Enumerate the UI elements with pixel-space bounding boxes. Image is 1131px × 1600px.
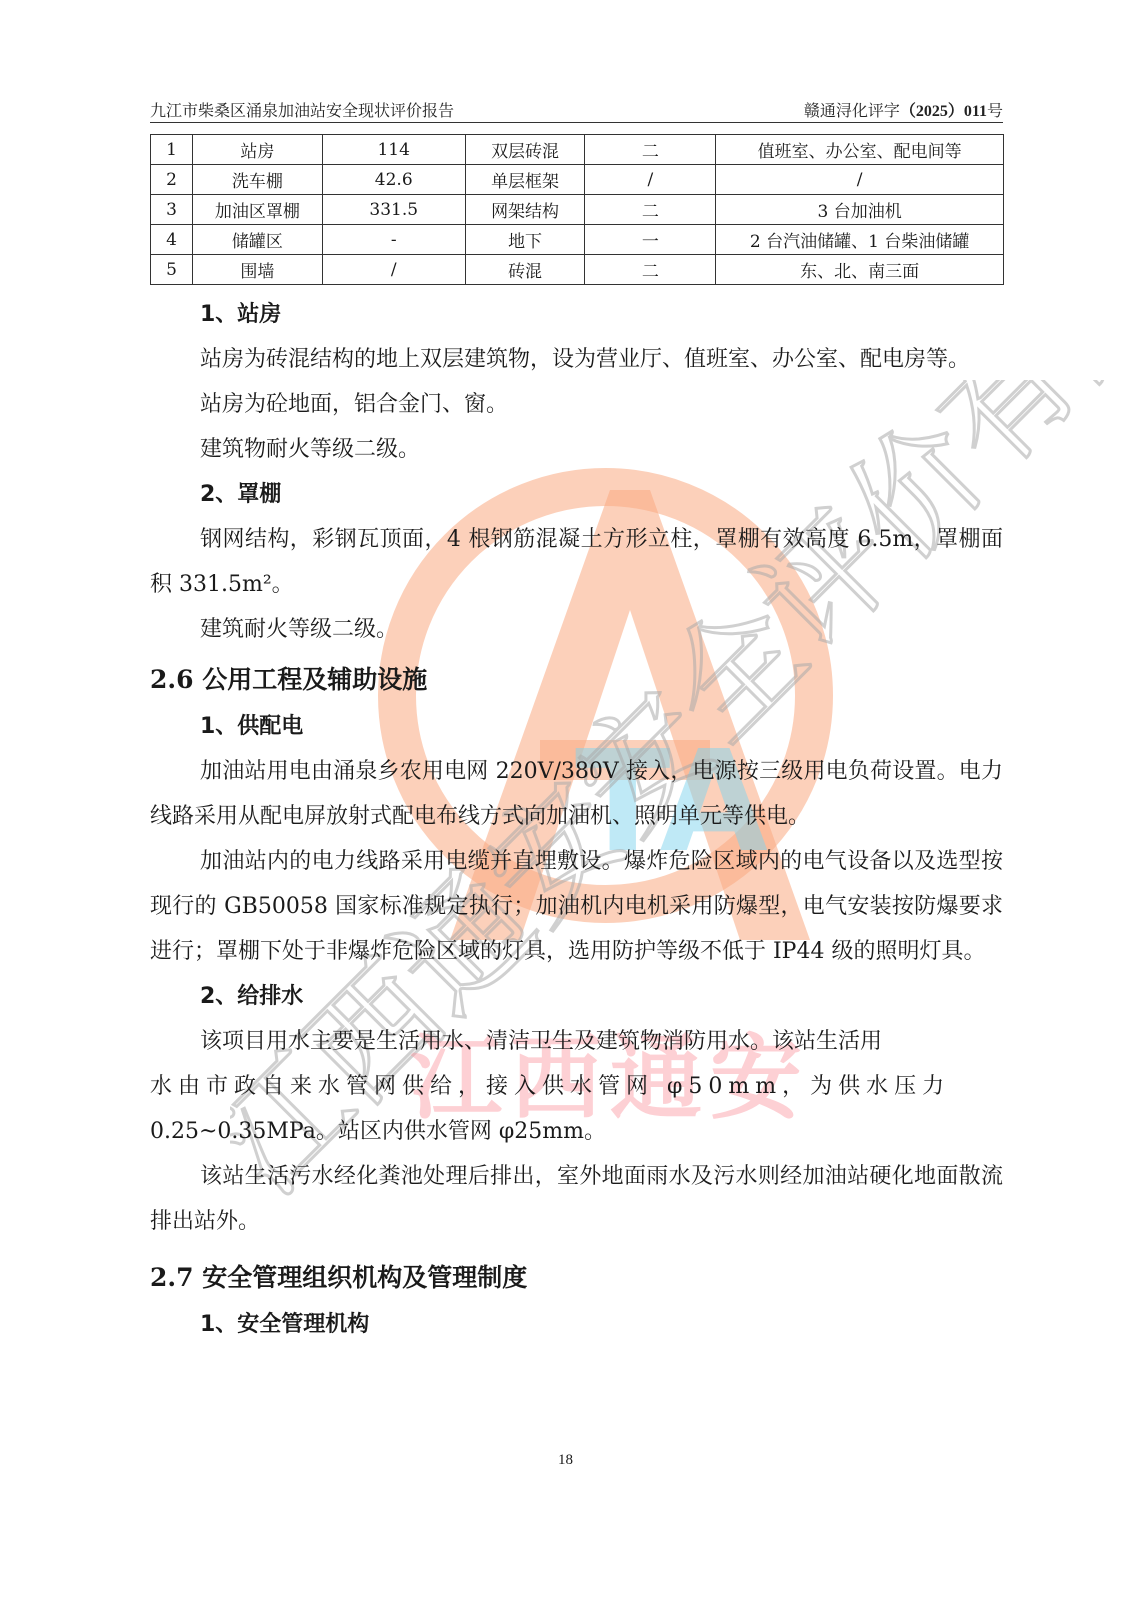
cell-fire-rating: 一 <box>585 225 716 255</box>
cell-name: 站房 <box>192 135 322 165</box>
cell-remark: / <box>716 165 1004 195</box>
cell-no: 5 <box>151 255 193 285</box>
cell-remark: 值班室、办公室、配电间等 <box>716 135 1004 165</box>
table-row: 4 储罐区 - 地下 一 2 台汽油储罐、1 台柴油储罐 <box>151 225 1004 255</box>
cell-structure: 单层框架 <box>465 165 585 195</box>
cell-structure: 双层砖混 <box>465 135 585 165</box>
cell-area: - <box>322 225 465 255</box>
cell-fire-rating: 二 <box>585 195 716 225</box>
cell-area: 331.5 <box>322 195 465 225</box>
cell-area: / <box>322 255 465 285</box>
paragraph: 加油站用电由涌泉乡农用电网 220V/380V 接入，电源按三级用电负荷设置。电… <box>150 749 1003 839</box>
cell-no: 4 <box>151 225 193 255</box>
paragraph: 建筑耐火等级二级。 <box>150 607 1003 652</box>
facility-table: 1 站房 114 双层砖混 二 值班室、办公室、配电间等 2 洗车棚 42.6 … <box>150 134 1004 285</box>
body-content: 1、站房 站房为砖混结构的地上双层建筑物，设为营业厅、值班室、办公室、配电房等。… <box>150 292 1003 1347</box>
paragraph: 站房为砼地面，铝合金门、窗。 <box>150 382 1003 427</box>
running-header: 九江市柴桑区涌泉加油站安全现状评价报告 赣通浔化评字（2025）011号 <box>150 98 1003 123</box>
cell-no: 2 <box>151 165 193 195</box>
header-doc-number: 赣通浔化评字（2025）011号 <box>804 98 1003 121</box>
cell-fire-rating: 二 <box>585 255 716 285</box>
paragraph: 加油站内的电力线路采用电缆并直埋敷设。爆炸危险区域内的电气设备以及选型按现行的 … <box>150 839 1003 974</box>
cell-area: 42.6 <box>322 165 465 195</box>
table-row: 5 围墙 / 砖混 二 东、北、南三面 <box>151 255 1004 285</box>
cell-name: 围墙 <box>192 255 322 285</box>
cell-no: 1 <box>151 135 193 165</box>
cell-name: 洗车棚 <box>192 165 322 195</box>
paragraph: 钢网结构，彩钢瓦顶面，4 根钢筋混凝土方形立柱，罩棚有效高度 6.5m，罩棚面积… <box>150 517 1003 607</box>
paragraph: 建筑物耐火等级二级。 <box>150 427 1003 472</box>
heading-canopy: 2、罩棚 <box>150 472 1003 517</box>
cell-area: 114 <box>322 135 465 165</box>
paragraph: 0.25~0.35MPa。站区内供水管网 φ25mm。 <box>150 1109 1003 1154</box>
paragraph: 该站生活污水经化粪池处理后排出，室外地面雨水及污水则经加油站硬化地面散流排出站外… <box>150 1154 1003 1244</box>
table-row: 2 洗车棚 42.6 单层框架 / / <box>151 165 1004 195</box>
cell-name: 加油区罩棚 <box>192 195 322 225</box>
cell-no: 3 <box>151 195 193 225</box>
cell-remark: 3 台加油机 <box>716 195 1004 225</box>
table-row: 3 加油区罩棚 331.5 网架结构 二 3 台加油机 <box>151 195 1004 225</box>
cell-structure: 砖混 <box>465 255 585 285</box>
section-heading-2-6: 2.6 公用工程及辅助设施 <box>150 652 1003 704</box>
table-row: 1 站房 114 双层砖混 二 值班室、办公室、配电间等 <box>151 135 1004 165</box>
paragraph: 该项目用水主要是生活用水、清洁卫生及建筑物消防用水。该站生活用 <box>150 1019 1003 1064</box>
section-heading-2-7: 2.7 安全管理组织机构及管理制度 <box>150 1250 1003 1302</box>
cell-fire-rating: 二 <box>585 135 716 165</box>
page-number: 18 <box>0 1452 1131 1469</box>
cell-structure: 地下 <box>465 225 585 255</box>
heading-power-supply: 1、供配电 <box>150 704 1003 749</box>
cell-name: 储罐区 <box>192 225 322 255</box>
heading-station-house: 1、站房 <box>150 292 1003 337</box>
heading-water-supply: 2、给排水 <box>150 974 1003 1019</box>
cell-remark: 东、北、南三面 <box>716 255 1004 285</box>
document-page: TA 江西通安安全评价有限公司 江西通安 九江市柴桑区涌泉加油站安全现状评价报告… <box>0 0 1131 1600</box>
cell-fire-rating: / <box>585 165 716 195</box>
paragraph: 水由市政自来水管网供给，接入供水管网 φ50mm，为供水压力 <box>150 1064 1003 1109</box>
cell-remark: 2 台汽油储罐、1 台柴油储罐 <box>716 225 1004 255</box>
cell-structure: 网架结构 <box>465 195 585 225</box>
paragraph: 站房为砖混结构的地上双层建筑物，设为营业厅、值班室、办公室、配电房等。 <box>150 337 1003 382</box>
header-doc-title: 九江市柴桑区涌泉加油站安全现状评价报告 <box>150 98 454 121</box>
heading-safety-org: 1、安全管理机构 <box>150 1302 1003 1347</box>
